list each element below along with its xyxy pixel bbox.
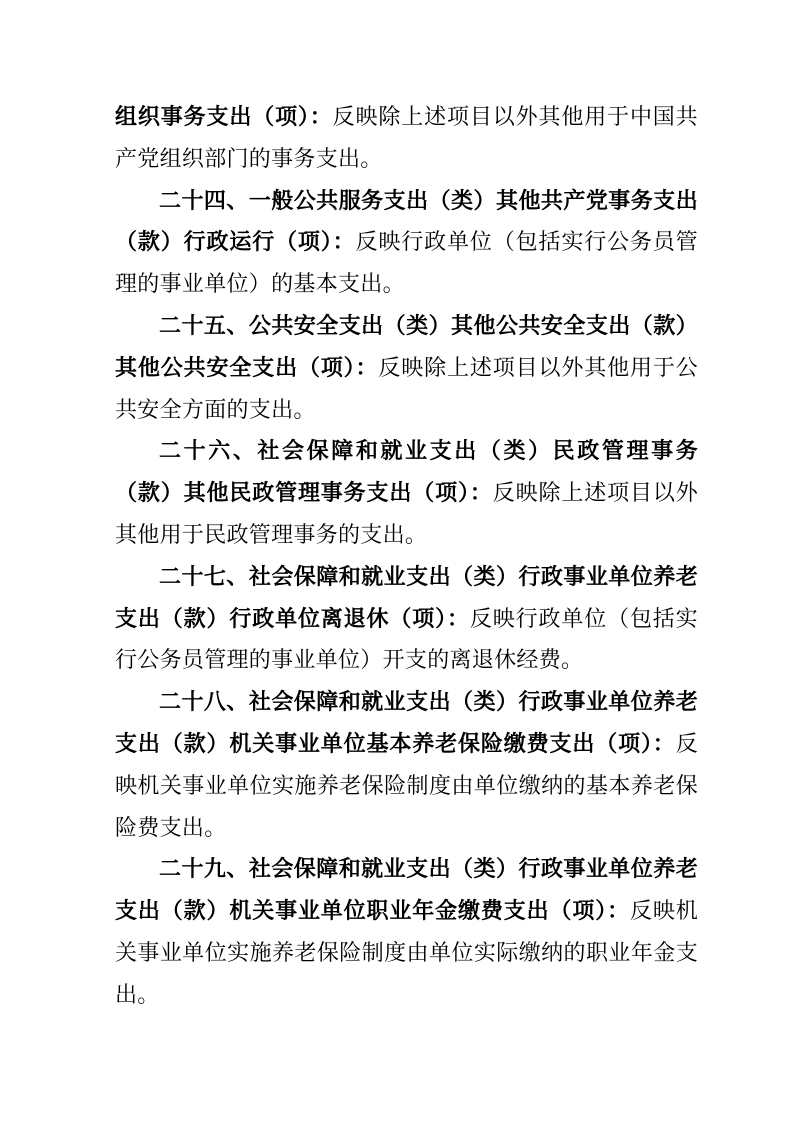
document-page: 组织事务支出（项）：反映除上述项目以外其他用于中国共产党组织部门的事务支出。 二… <box>0 0 793 1122</box>
paragraph-item-26: 二十六、社会保障和就业支出（类）民政管理事务（款）其他民政管理事务支出（项）：反… <box>115 430 698 555</box>
paragraph-continuation: 组织事务支出（项）：反映除上述项目以外其他用于中国共产党组织部门的事务支出。 <box>115 96 698 180</box>
clause-heading: 二十八、社会保障和就业支出（类）行政事业单位养老支出（款）机关事业单位基本养老保… <box>115 689 698 756</box>
clause-heading: 组织事务支出（项）： <box>115 104 333 129</box>
paragraph-item-24: 二十四、一般公共服务支出（类）其他共产党事务支出（款）行政运行（项）：反映行政单… <box>115 180 698 305</box>
paragraph-item-29: 二十九、社会保障和就业支出（类）行政事业单位养老支出（款）机关事业单位职业年金缴… <box>115 848 698 1015</box>
document-body: 组织事务支出（项）：反映除上述项目以外其他用于中国共产党组织部门的事务支出。 二… <box>115 96 698 1016</box>
paragraph-item-27: 二十七、社会保障和就业支出（类）行政事业单位养老支出（款）行政单位离退休（项）：… <box>115 556 698 681</box>
paragraph-item-25: 二十五、公共安全支出（类）其他公共安全支出（款）其他公共安全支出（项）：反映除上… <box>115 305 698 430</box>
paragraph-item-28: 二十八、社会保障和就业支出（类）行政事业单位养老支出（款）机关事业单位基本养老保… <box>115 681 698 848</box>
clause-heading: 二十九、社会保障和就业支出（类）行政事业单位养老支出（款）机关事业单位职业年金缴… <box>115 856 698 923</box>
